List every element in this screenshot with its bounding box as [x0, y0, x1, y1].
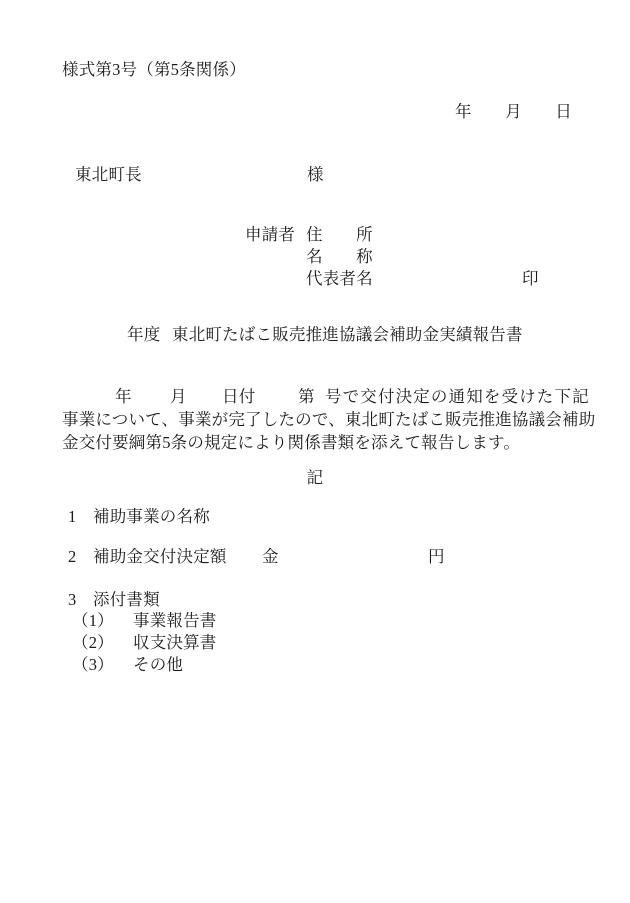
- item-3-label: 添付書類: [93, 590, 160, 610]
- body-line-2: 事業について、事業が完了したので、東北町たばこ販売推進協議会補助: [62, 410, 595, 430]
- document-title: 東北町たばこ販売推進協議会補助金実績報告書: [172, 325, 523, 345]
- ki-heading: 記: [0, 468, 630, 488]
- addressee-name: 東北町長: [75, 165, 142, 185]
- form-number: 様式第3号（第5条関係）: [62, 60, 246, 80]
- body-line-3: 金交付要綱第5条の規定により関係書類を添えて報告します。: [62, 433, 520, 453]
- sub-item-3-label: その他: [133, 655, 183, 675]
- applicant-representative-label: 代表者名: [306, 269, 373, 289]
- applicant-label: 申請者: [245, 225, 295, 245]
- sub-item-2-number: （2）: [72, 633, 114, 653]
- body-month-label: 月: [170, 387, 187, 407]
- body-line-1-text: 号で交付決定の通知を受けた下記: [325, 387, 590, 407]
- item-1-label: 補助事業の名称: [93, 507, 210, 527]
- sub-item-1-label: 事業報告書: [133, 611, 217, 631]
- sub-item-2-label: 収支決算書: [133, 633, 217, 653]
- applicant-name-label: 名 称: [306, 247, 373, 267]
- item-2-amount-prefix: 金: [262, 547, 279, 567]
- body-day-label: 日付: [222, 387, 255, 407]
- document-page: 様式第3号（第5条関係） 年 月 日 東北町長 様 申請者 住 所 名 称 代表…: [0, 0, 630, 903]
- item-2-label: 補助金交付決定額: [93, 547, 227, 567]
- item-3-number: 3: [68, 590, 76, 610]
- addressee-honorific: 様: [307, 165, 324, 185]
- item-2-number: 2: [68, 547, 76, 567]
- item-1-number: 1: [68, 507, 76, 527]
- body-number-prefix: 第: [298, 387, 315, 407]
- title-year-label: 年度: [127, 325, 160, 345]
- sub-item-3-number: （3）: [72, 655, 114, 675]
- body-year-label: 年: [115, 387, 132, 407]
- applicant-address-label: 住 所: [306, 225, 373, 245]
- seal-mark: 印: [522, 269, 539, 289]
- item-2-amount-suffix: 円: [428, 547, 445, 567]
- sub-item-1-number: （1）: [72, 611, 114, 631]
- date-line: 年 月 日: [455, 102, 572, 122]
